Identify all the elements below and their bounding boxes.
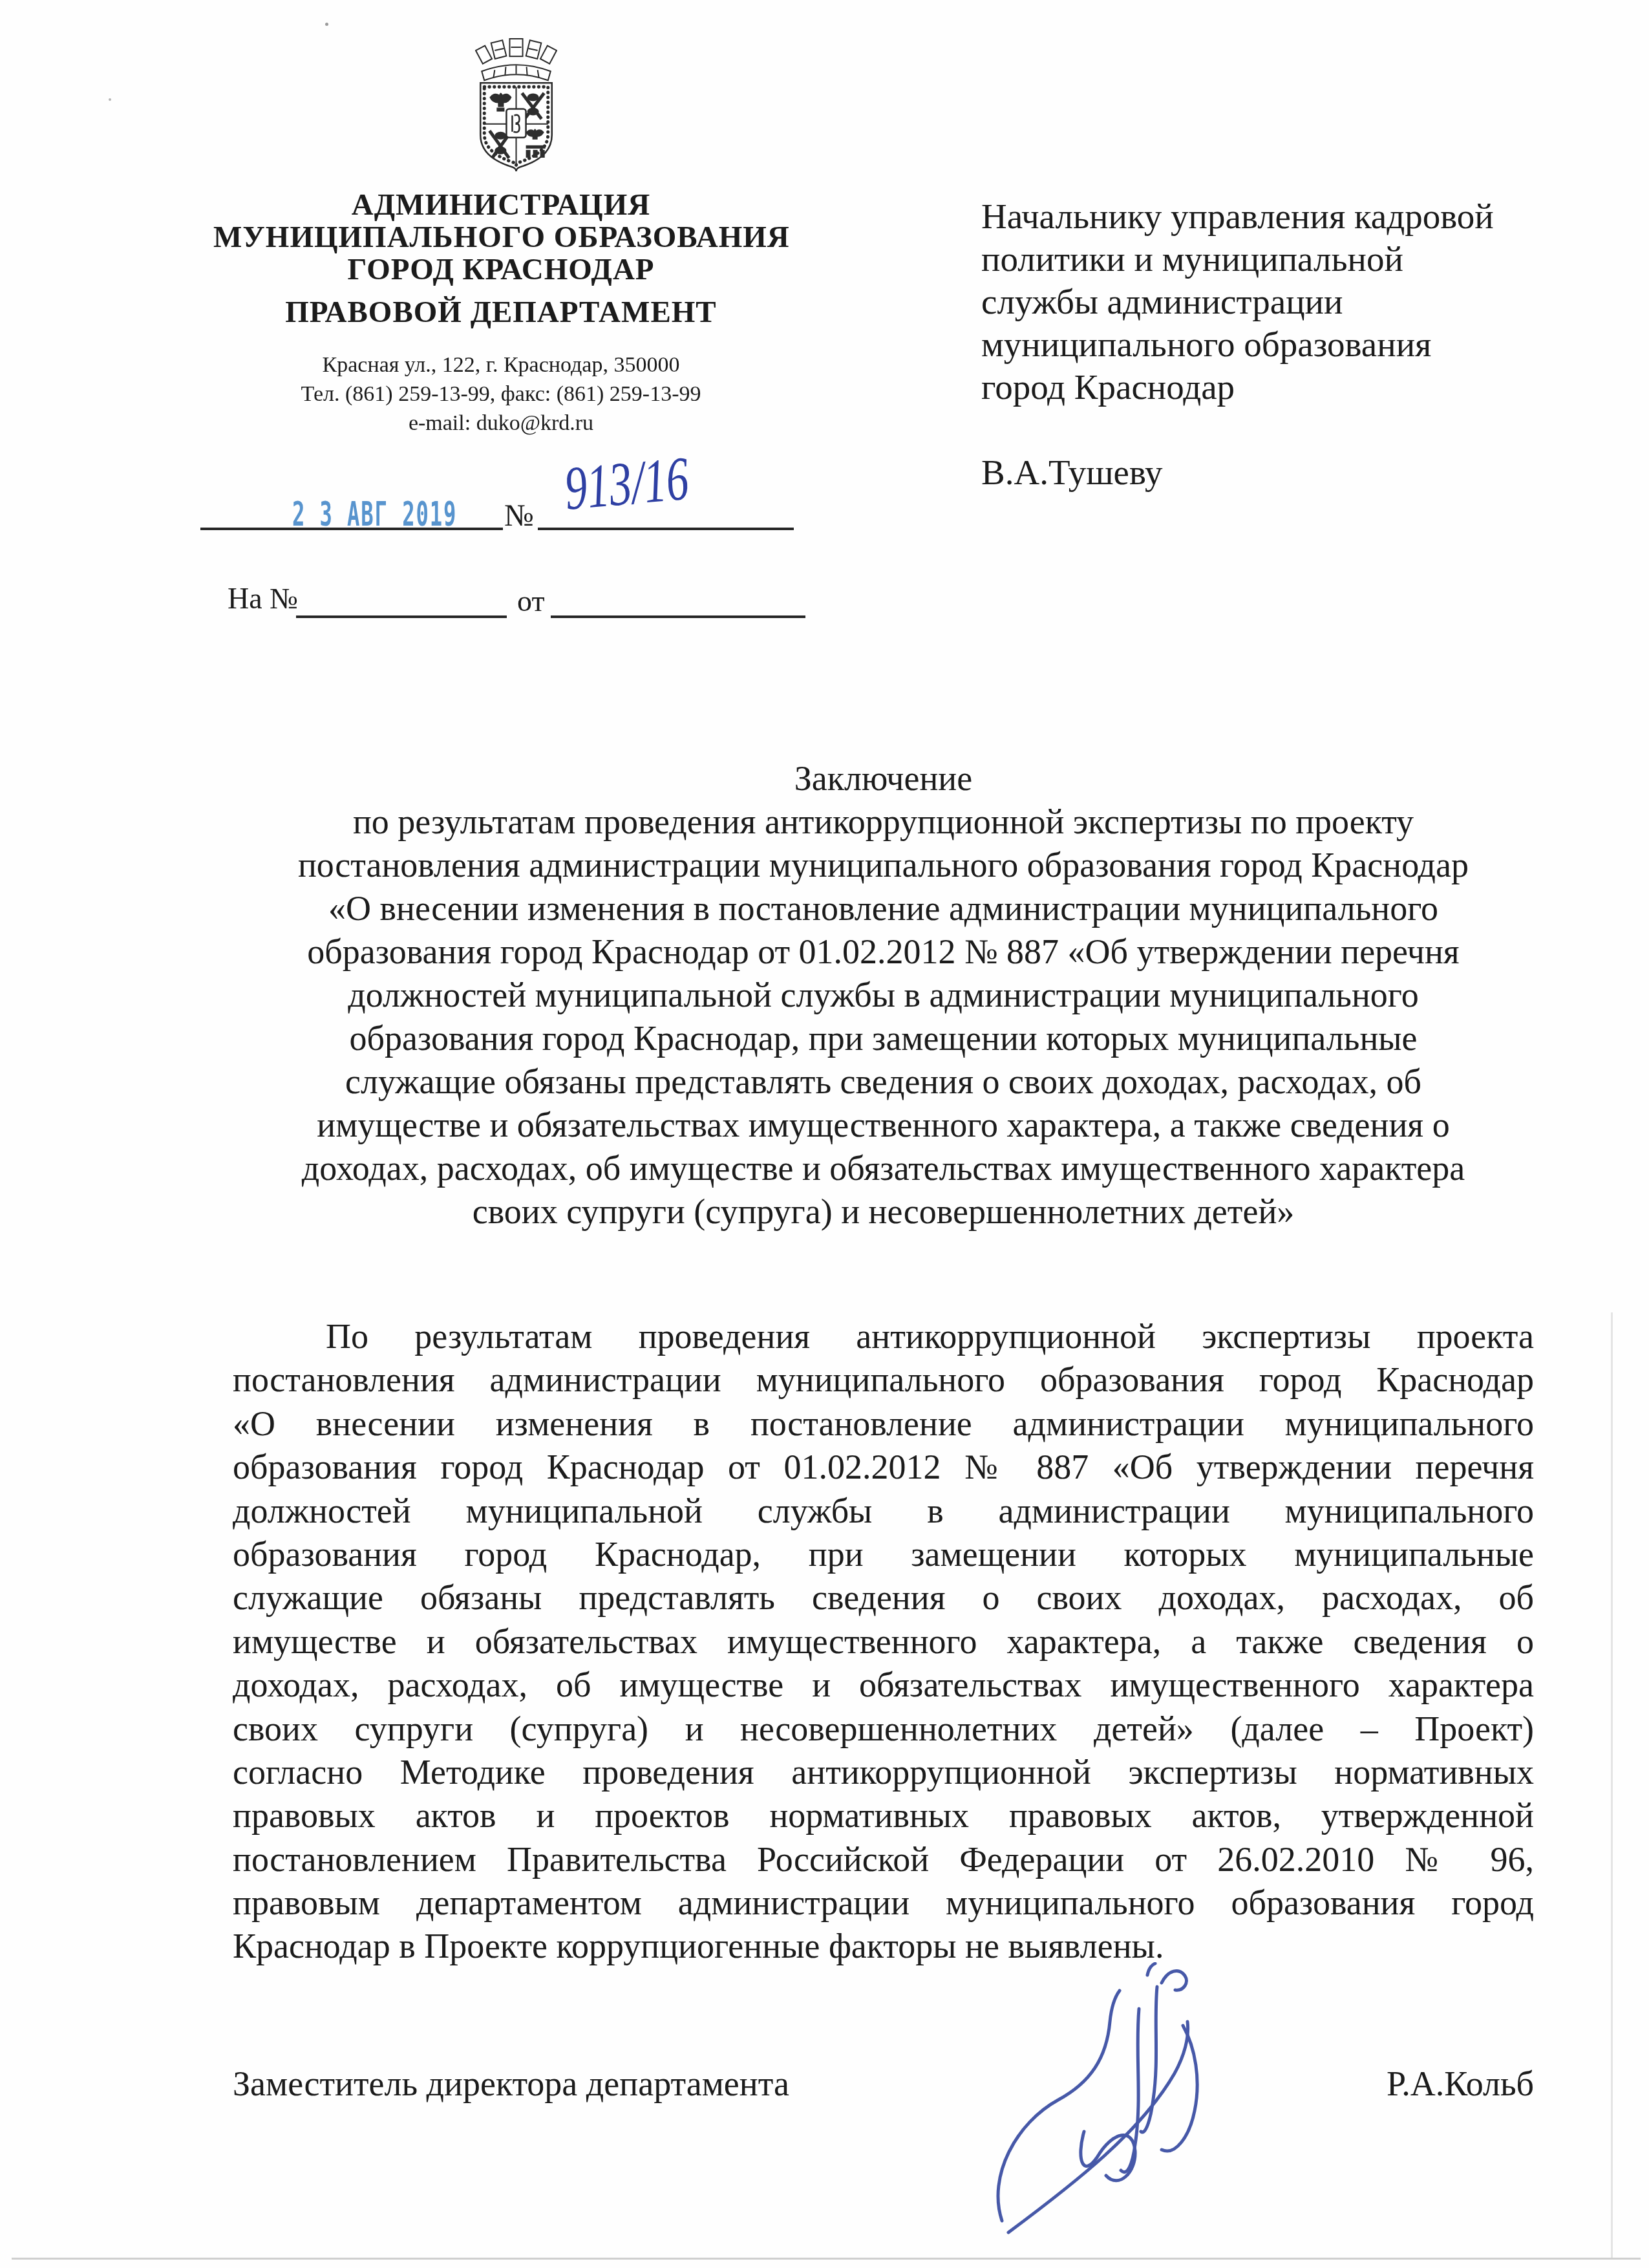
- signer-position: Заместитель директора департамента: [233, 2064, 789, 2104]
- body-line: правовым департаментом администрации мун…: [233, 1881, 1534, 1925]
- title-line: образования город Краснодар, при замещен…: [233, 1017, 1534, 1060]
- scan-speck: [325, 23, 328, 26]
- title-line: служащие обязаны представлять сведения о…: [233, 1060, 1534, 1104]
- signer-name: Р.А.Кольб: [1387, 2064, 1534, 2104]
- addressee-position: Начальнику управления кадровой политики …: [981, 195, 1563, 409]
- letterhead: АДМИНИСТРАЦИЯ МУНИЦИПАЛЬНОГО ОБРАЗОВАНИЯ…: [213, 189, 789, 438]
- reply-number-rule: [296, 615, 507, 618]
- body-line: образования город Краснодар, при замещен…: [233, 1533, 1534, 1576]
- body-line: правовых актов и проектов нормативных пр…: [233, 1794, 1534, 1837]
- scan-bottom-edge: [12, 2258, 1641, 2260]
- title-line: постановления администрации муниципально…: [233, 844, 1534, 887]
- body-line: Краснодар в Проекте коррупциогенные факт…: [233, 1925, 1534, 1968]
- number-rule: [538, 528, 794, 530]
- org-name-line1: АДМИНИСТРАЦИЯ: [213, 189, 789, 221]
- body-line: образования город Краснодар от 01.02.201…: [233, 1446, 1534, 1489]
- reply-to-label: На №: [228, 582, 298, 615]
- contact-block: Красная ул., 122, г. Краснодар, 350000 Т…: [213, 350, 789, 438]
- body-line: согласно Методике проведения антикоррупц…: [233, 1751, 1534, 1794]
- title-line: Заключение: [233, 757, 1534, 800]
- org-name-line2: МУНИЦИПАЛЬНОГО ОБРАЗОВАНИЯ: [213, 221, 789, 253]
- reply-date-rule: [551, 615, 805, 618]
- addressee-name: В.А.Тушеву: [981, 451, 1563, 494]
- body-paragraph: По результатам проведения антикоррупцион…: [233, 1315, 1534, 1969]
- body-line: должностей муниципальной службы в админи…: [233, 1490, 1534, 1533]
- date-rule: [200, 528, 503, 530]
- department-name: ПРАВОВОЙ ДЕПАРТАМЕНТ: [213, 296, 789, 328]
- title-line: «О внесении изменения в постановление ад…: [233, 887, 1534, 930]
- body-line: постановлением Правительства Российской …: [233, 1838, 1534, 1881]
- handwritten-signature: [986, 1962, 1283, 2247]
- title-line: своих супруги (супруга) и несовершенноле…: [233, 1190, 1534, 1234]
- org-name-line3: ГОРОД КРАСНОДАР: [213, 253, 789, 286]
- signature-row: Заместитель директора департамента Р.А.К…: [233, 2064, 1534, 2104]
- reply-from-label: от: [517, 584, 545, 618]
- number-sign: №: [504, 499, 534, 533]
- scan-speck: [109, 98, 111, 101]
- body-line: доходах, расходах, об имуществе и обязат…: [233, 1664, 1534, 1707]
- title-line: образования город Краснодар от 01.02.201…: [233, 930, 1534, 974]
- body-line: «О внесении изменения в постановление ад…: [233, 1402, 1534, 1446]
- email: e-mail: duko@krd.ru: [213, 409, 789, 438]
- title-line: по результатам проведения антикоррупцион…: [233, 800, 1534, 844]
- krasnodar-coat-of-arms-icon: [475, 37, 557, 173]
- phone-fax: Тел. (861) 259-13-99, факс: (861) 259-13…: [213, 380, 789, 409]
- scanned-letter-page: АДМИНИСТРАЦИЯ МУНИЦИПАЛЬНОГО ОБРАЗОВАНИЯ…: [0, 0, 1649, 2268]
- handwritten-outgoing-number: 913/16: [562, 446, 691, 521]
- body-line: служащие обязаны представлять сведения о…: [233, 1576, 1534, 1620]
- title-line: доходах, расходах, об имуществе и обязат…: [233, 1147, 1534, 1190]
- scan-edge-line: [1611, 1312, 1613, 2258]
- body-line: своих супруги (супруга) и несовершенноле…: [233, 1707, 1534, 1751]
- addressee-block: Начальнику управления кадровой политики …: [981, 195, 1563, 494]
- title-line: имуществе и обязательствах имущественног…: [233, 1104, 1534, 1147]
- body-line: постановления администрации муниципально…: [233, 1358, 1534, 1402]
- body-line: имуществе и обязательствах имущественног…: [233, 1620, 1534, 1664]
- document-title-block: Заключение по результатам проведения ант…: [233, 757, 1534, 1234]
- postal-address: Красная ул., 122, г. Краснодар, 350000: [213, 350, 789, 380]
- title-line: должностей муниципальной службы в админи…: [233, 974, 1534, 1017]
- body-line: По результатам проведения антикоррупцион…: [233, 1315, 1534, 1358]
